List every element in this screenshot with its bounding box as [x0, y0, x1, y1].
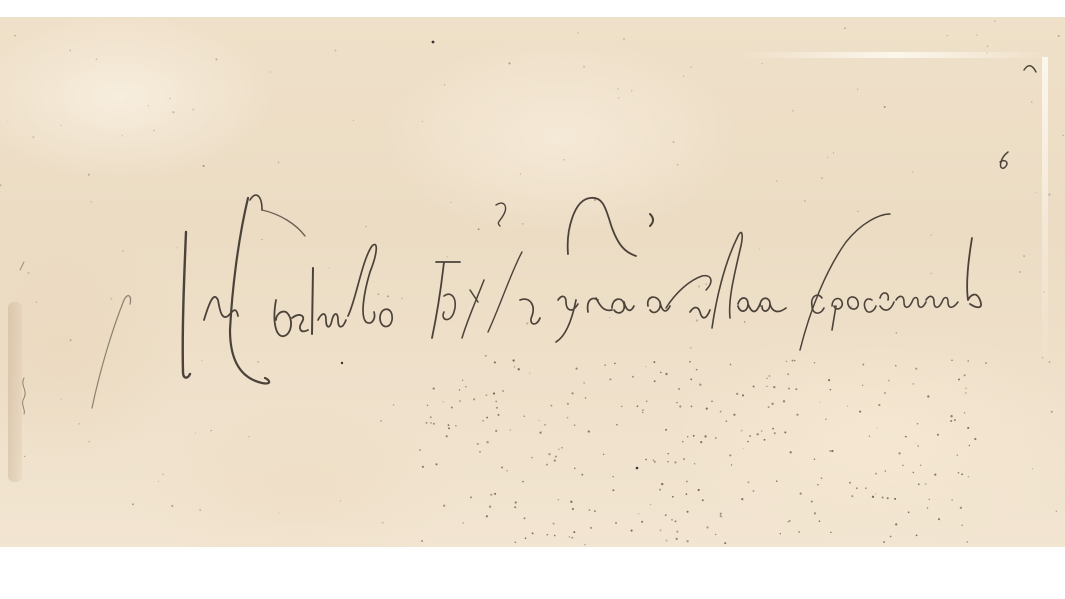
- handwritten-signature: [0, 0, 1065, 599]
- pin-prick-dots: [0, 21, 1064, 546]
